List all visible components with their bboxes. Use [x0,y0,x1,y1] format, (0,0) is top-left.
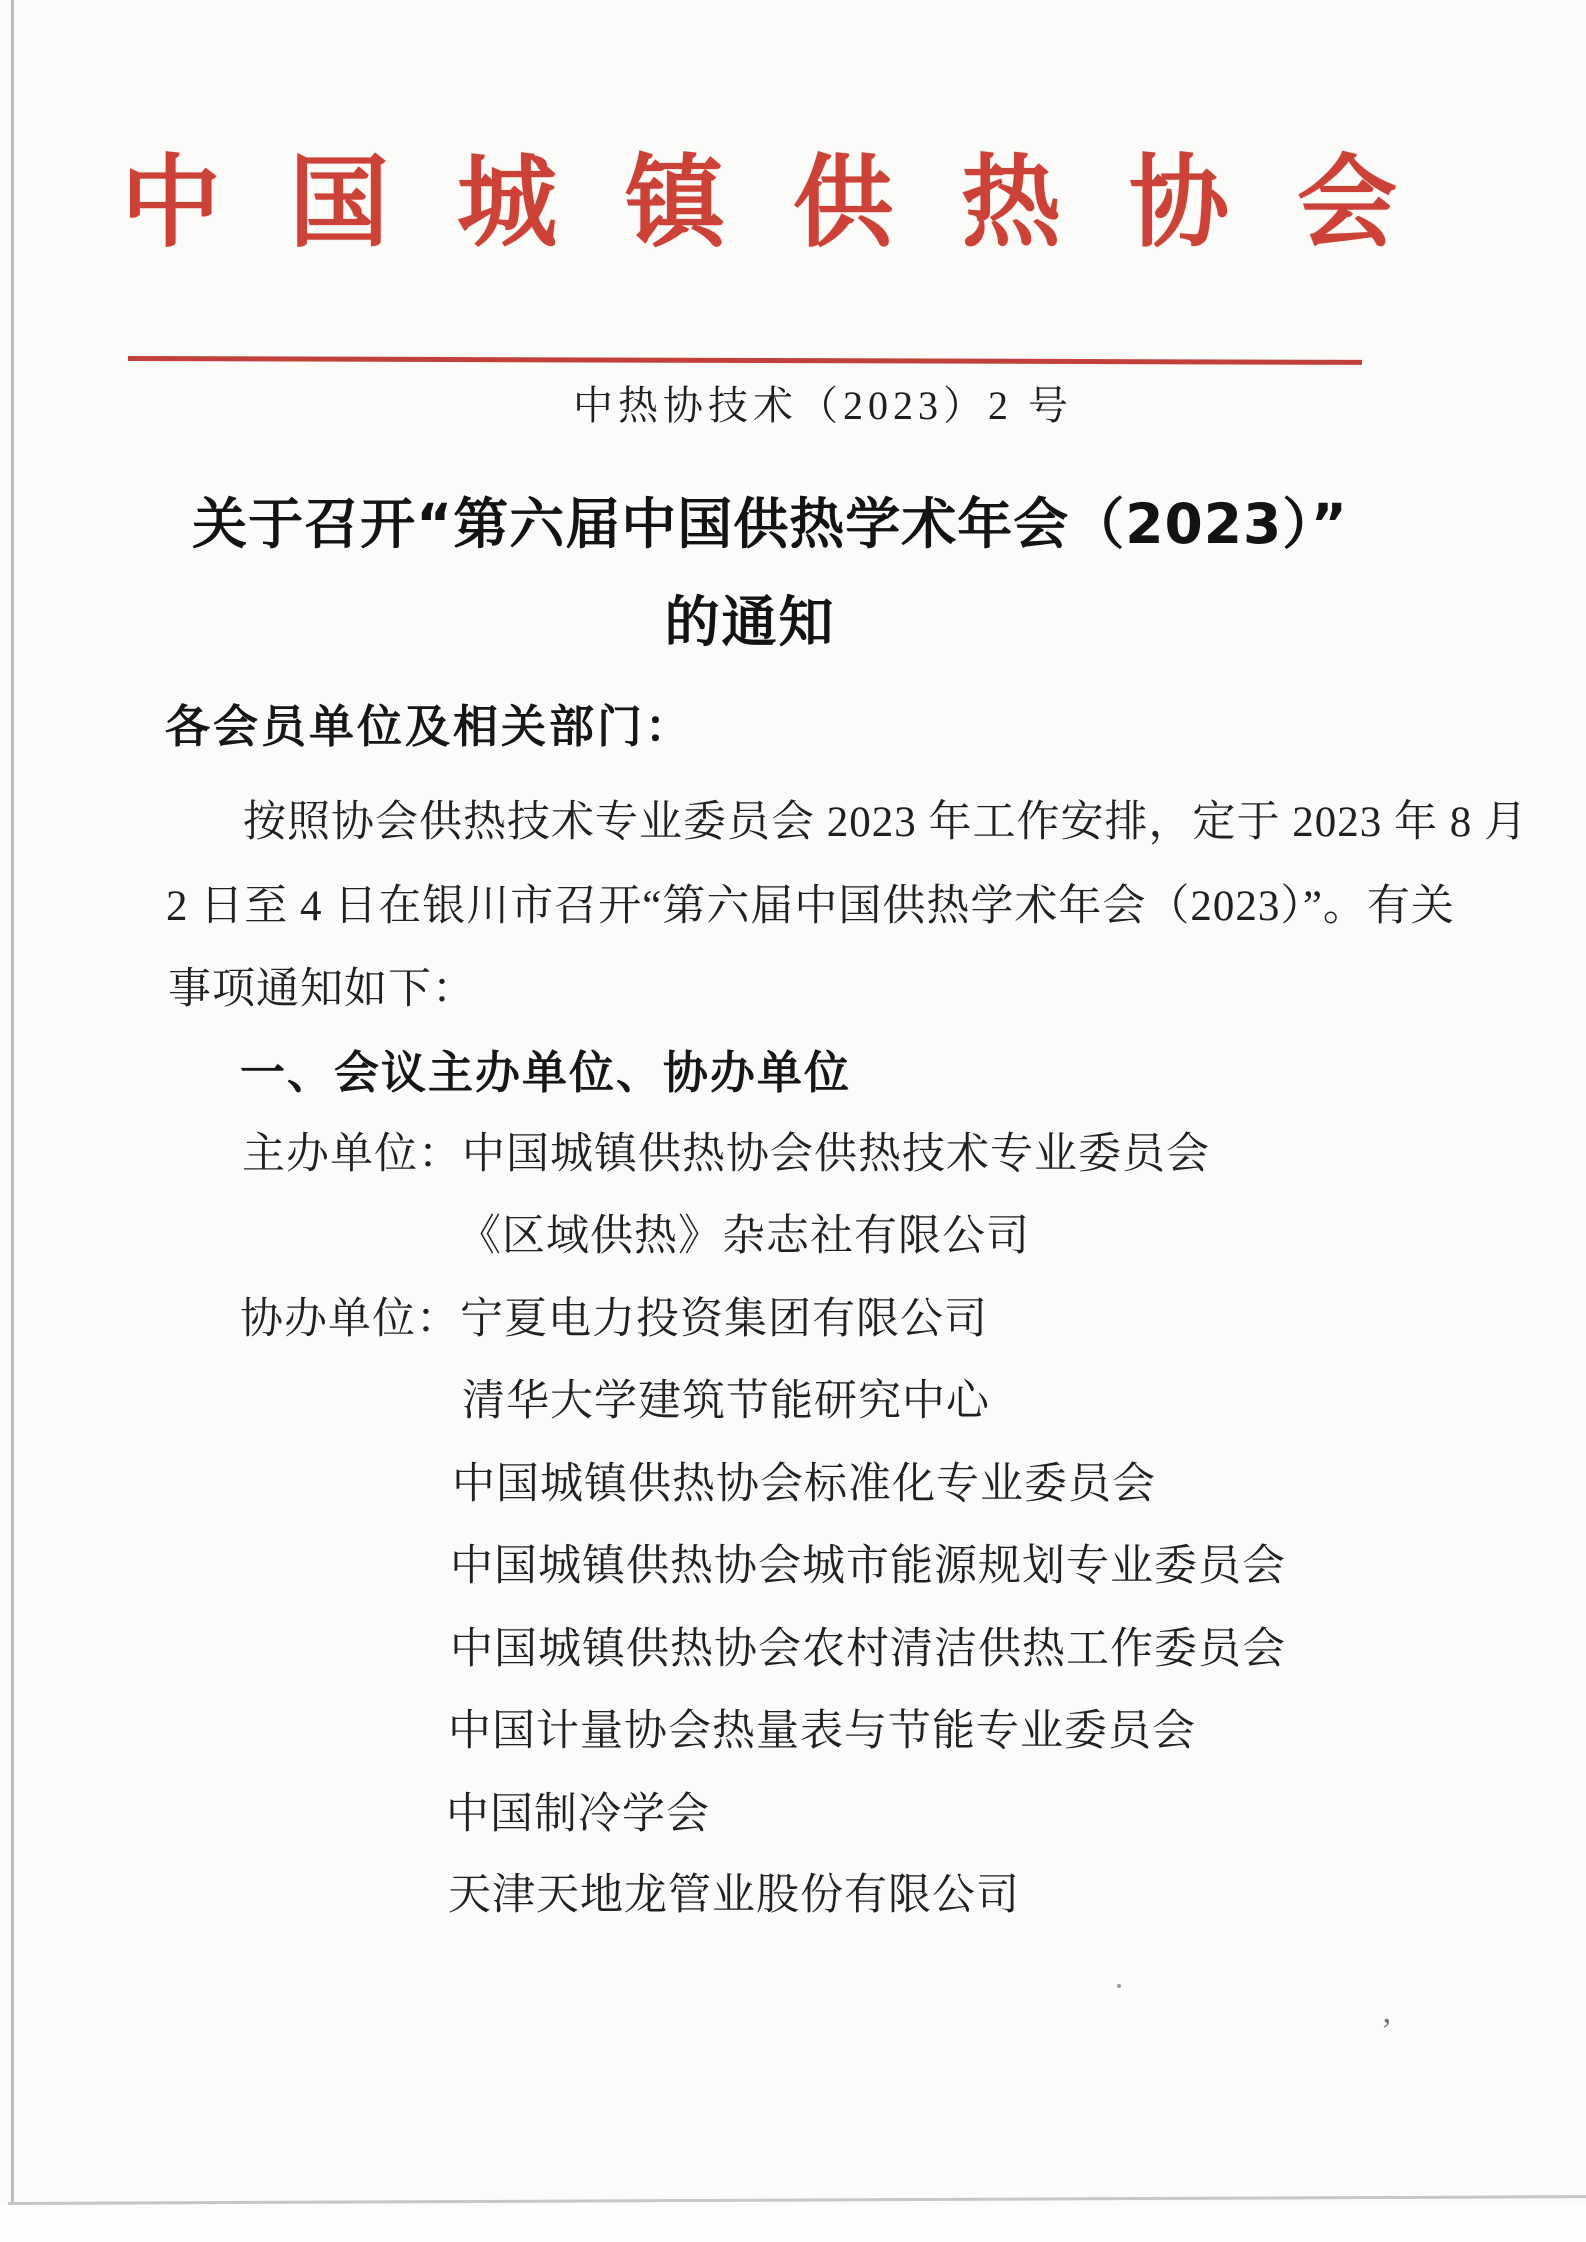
notice-title-line1: 关于召开“第六届中国供热学术年会（2023）” [20,480,1520,559]
host-organizer-second-line: 《区域供热》杂志社有限公司 [458,1202,1030,1263]
cohost-item: 天津天地龙管业股份有限公司 [448,1861,1020,1922]
scanned-document-page: 中国城镇供热协会 中热协技术（2023）2 号 关于召开“第六届中国供热学术年会… [0,0,1586,2242]
section-heading-organizers: 一、会议主办单位、协办单位 [240,1036,851,1101]
intro-paragraph-line: 按照协会供热技术专业委员会 2023 年工作安排，定于 2023 年 8 月 [243,788,1528,849]
scan-speck [1117,1984,1121,1988]
scan-edge-left [11,0,14,2208]
organization-title: 中国城镇供热协会 [0,148,1586,260]
intro-paragraph-line: 2 日至 4 日在银川市召开“第六届中国供热学术年会（2023）”。有关 [166,872,1455,933]
scan-area-below-page [0,2205,1586,2242]
red-divider-rule [128,356,1362,365]
cohost-item: 清华大学建筑节能研究中心 [462,1367,990,1428]
notice-title-line2: 的通知 [20,578,1480,657]
cohost-item: 中国城镇供热协会城市能源规划专业委员会 [450,1532,1286,1593]
salutation: 各会员单位及相关部门： [165,690,693,755]
intro-paragraph-line: 事项通知如下： [168,955,476,1016]
cohost-item: 中国制冷学会 [446,1780,710,1841]
cohost-item: 中国城镇供热协会标准化专业委员会 [452,1450,1156,1511]
host-organizer-line: 主办单位：中国城镇供热协会供热技术专业委员会 [242,1120,1210,1181]
document-number: 中热协技术（2023）2 号 [60,374,1586,431]
scan-edge-bottom [8,2195,1586,2205]
scan-stray-mark: ’ [1381,2012,1392,2050]
cohost-organizer-line: 协办单位：宁夏电力投资集团有限公司 [240,1285,988,1346]
cohost-item: 中国计量协会热量表与节能专业委员会 [448,1697,1196,1758]
cohost-item: 中国城镇供热协会农村清洁供热工作委员会 [450,1615,1286,1676]
